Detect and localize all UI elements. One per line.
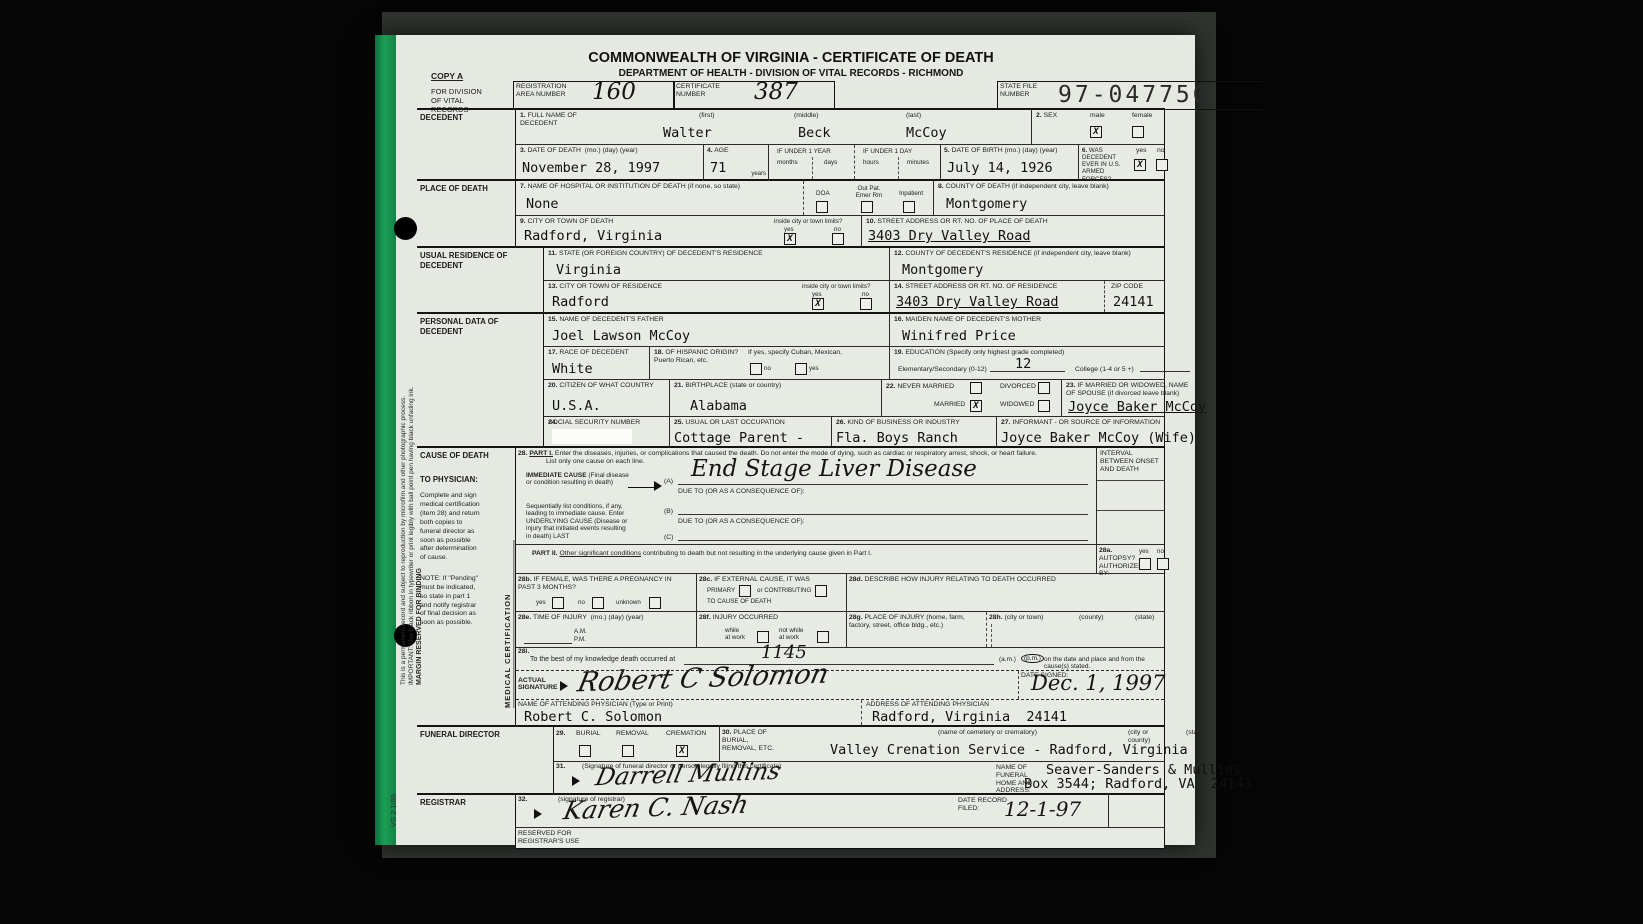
due-to-b-label: DUE TO (OR AS A CONSEQUENCE OF): <box>678 518 805 526</box>
place-of-burial-label: 30. PLACE OF BURIAL, REMOVAL, ETC. <box>722 729 777 752</box>
pregnancy-unknown-checkbox <box>649 597 661 609</box>
field-residence-city: 13. CITY OR TOWN OF RESIDENCE Radford in… <box>544 281 889 312</box>
never-married-label: 22. NEVER MARRIED <box>886 383 954 391</box>
divorced-checkbox <box>1038 382 1050 394</box>
blank-line <box>524 643 572 644</box>
interval-label: INTERVAL BETWEEN ONSET AND DEATH <box>1100 450 1162 473</box>
pregnancy-unknown-label: unknown <box>616 599 641 606</box>
registrar-sig-num: 32. <box>518 796 527 804</box>
section-place-of-death: PLACE OF DEATH 7. NAME OF HOSPITAL OR IN… <box>417 179 1165 246</box>
limits-no-checkbox <box>832 233 844 245</box>
injury-occurred-label: 28f. INJURY OCCURRED <box>699 614 778 622</box>
section-label-residence: USUAL RESIDENCE OF DECEDENT <box>417 248 543 312</box>
field-spouse: 23. IF MARRIED OR WIDOWED, NAME OF SPOUS… <box>1061 380 1164 416</box>
not-while-at-work-checkbox <box>817 631 829 643</box>
registrar-signature-value: Karen C. Nash <box>561 790 751 826</box>
race-label: 17. RACE OF DECEDENT <box>548 349 629 357</box>
inpatient-label: Inpatient <box>899 190 923 197</box>
am-label: A.M. <box>574 628 587 635</box>
field-mother-name: 16. MAIDEN NAME OF DECEDENT'S MOTHER Win… <box>889 314 1164 346</box>
divider <box>812 157 813 179</box>
section-personal-data: PERSONAL DATA OF DECEDENT 15. NAME OF DE… <box>417 312 1165 446</box>
to-physician-body: Complete and sign medical certification … <box>420 492 482 563</box>
residence-street-value: 3403 Dry Valley Road <box>896 294 1059 310</box>
hispanic-no-checkbox <box>750 363 762 375</box>
field-armed-forces: 6. WAS DECEDENT EVER IN U.S. ARMED FORCE… <box>1078 145 1164 179</box>
statement-text1: To the best of my knowledge death occurr… <box>530 656 675 664</box>
education-college-label: College (1-4 or 5 +) <box>1075 366 1134 374</box>
field-part2: PART II. Other significant conditions co… <box>516 545 1096 573</box>
date-of-death-label: 3. DATE OF DEATH (mo.) (day) (year) <box>520 147 690 155</box>
to-physician-title: TO PHYSICIAN: <box>420 475 513 485</box>
citizen-value: U.S.A. <box>552 398 601 414</box>
date-of-birth-label: 5. DATE OF BIRTH (mo.) (day) (year) <box>944 147 1074 155</box>
zip-value: 24141 <box>1113 294 1154 310</box>
industry-label: 26. KIND OF BUSINESS OR INDUSTRY <box>836 419 960 427</box>
statement-num: 28i. <box>518 648 529 656</box>
sex-label: 2. SEX <box>1036 112 1057 120</box>
immediate-cause-value: End Stage Liver Disease <box>691 456 977 482</box>
field-citizen: 20. CITIZEN OF WHAT COUNTRY U.S.A. <box>544 380 669 416</box>
removal-checkbox <box>622 745 634 757</box>
external-primary-checkbox <box>739 585 751 597</box>
field-full-name: 1. FULL NAME OF DECEDENT (first) (middle… <box>516 110 1031 144</box>
field-disposition: 29. BURIAL REMOVAL CREMATION X <box>554 727 719 761</box>
pregnancy-no-checkbox <box>592 597 604 609</box>
section-label-decedent: DECEDENT <box>417 110 515 179</box>
age-value: 71 <box>710 160 726 176</box>
hint-middle: (middle) <box>794 112 819 120</box>
inpatient-checkbox <box>903 201 915 213</box>
field-place-of-injury: 28g. PLACE OF INJURY (home, farm, factor… <box>846 612 986 647</box>
spouse-value: Joyce Baker McCoy <box>1068 399 1206 415</box>
widowed-label: WIDOWED <box>1000 401 1034 409</box>
under-day-hours-label: hours <box>863 159 879 166</box>
form-number: VS 2 1/89 <box>389 794 398 827</box>
field-actual-signature: ACTUAL SIGNATURE Robert C Solomon <box>516 671 1018 699</box>
county-of-death-label: 8. COUNTY OF DEATH (if independent city,… <box>938 183 1163 191</box>
under-year-label: IF UNDER 1 YEAR <box>777 148 831 155</box>
field-injury-location: 28h. (city or town) (county) (state) <box>986 612 1164 647</box>
mother-name-value: Winifred Price <box>902 328 1016 344</box>
physician-address-value: Radford, Virginia 24141 <box>872 709 1067 725</box>
injury-city-label: 28h. (city or town) <box>989 614 1043 622</box>
widowed-checkbox <box>1038 400 1050 412</box>
due-to-a-label: DUE TO (OR AS A CONSEQUENCE OF): <box>678 488 805 496</box>
name-last-value: McCoy <box>906 125 947 141</box>
field-education: 19. EDUCATION (Specify only highest grad… <box>889 347 1164 379</box>
institution-value: None <box>526 196 559 212</box>
occupation-label: 25. USUAL OR LAST OCCUPATION <box>674 419 785 427</box>
name-first-value: Walter <box>663 125 712 141</box>
line-c-label: (C) <box>664 534 673 542</box>
external-suffix-label: TO CAUSE OF DEATH <box>707 598 771 605</box>
field-date-signed: DATE SIGNED: Dec. 1, 1997 <box>1018 671 1164 699</box>
pm-label: P.M. <box>574 636 586 643</box>
registration-area-label: REGISTRATION AREA NUMBER <box>516 83 576 99</box>
section-label-funeral: FUNERAL DIRECTOR <box>417 727 553 793</box>
field-industry: 26. KIND OF BUSINESS OR INDUSTRY Fla. Bo… <box>831 417 996 446</box>
signature-arrow-icon <box>534 809 542 819</box>
funeral-home-address: Box 3544; Radford, VA 24143 <box>1024 776 1252 792</box>
field-registrar-signature: 32. (signature of registrar) Karen C. Na… <box>516 795 956 827</box>
section-label-personal-data: PERSONAL DATA OF DECEDENT <box>417 314 543 446</box>
field-residence-state: 11. STATE (OR FOREIGN COUNTRY) OF DECEDE… <box>544 248 889 280</box>
education-elementary-value: 12 <box>1015 356 1031 372</box>
citizen-label: 20. CITIZEN OF WHAT COUNTRY <box>548 382 654 390</box>
disposition-num: 29. <box>556 730 565 738</box>
ssn-redaction <box>552 429 632 444</box>
external-contributing-checkbox <box>815 585 827 597</box>
spouse-label: 23. IF MARRIED OR WIDOWED, NAME OF SPOUS… <box>1066 382 1196 398</box>
sequential-label: Sequentially list conditions, if any, le… <box>526 503 631 540</box>
field-ssn: SOCIAL SECURITY NUMBER 24. <box>544 417 669 446</box>
father-name-label: 15. NAME OF DECEDENT'S FATHER <box>548 316 664 324</box>
date-filed-value: 12-1-97 <box>1004 797 1081 821</box>
field-interval: INTERVAL BETWEEN ONSET AND DEATH <box>1096 448 1164 544</box>
certificate-number-label: CERTIFICATE NUMBER <box>676 83 731 99</box>
informant-label: 27. INFORMANT - OR SOURCE OF INFORMATION <box>1001 419 1160 427</box>
pregnancy-yes-checkbox <box>552 597 564 609</box>
married-label: MARRIED <box>934 401 965 409</box>
external-cause-label: 28c. IF EXTERNAL CAUSE, IT WAS <box>699 576 839 584</box>
name-middle-value: Beck <box>798 125 831 141</box>
education-elementary-label: Elementary/Secondary (0-12) <box>898 366 987 374</box>
registration-area-box: REGISTRATION AREA NUMBER 160 <box>513 81 675 110</box>
field-zip: ZIP CODE 24141 <box>1104 281 1164 312</box>
under-day-minutes-label: minutes <box>907 159 929 166</box>
how-injury-label: 28d. DESCRIBE HOW INJURY RELATING TO DEA… <box>849 576 1056 584</box>
industry-value: Fla. Boys Ranch <box>836 430 958 446</box>
blank-line <box>990 371 1065 372</box>
section-cause-of-death: CAUSE OF DEATH TO PHYSICIAN: Complete an… <box>417 446 1165 725</box>
residence-county-label: 12. COUNTY OF DECEDENT'S RESIDENCE (if i… <box>894 250 1131 258</box>
time-of-injury-label: 28e. TIME OF INJURY (mo.) (day) (year) <box>518 614 693 622</box>
punch-hole <box>394 217 417 240</box>
sex-female-label: female <box>1132 112 1152 120</box>
copy-label: COPY A <box>431 71 493 81</box>
pregnancy-yes-label: yes <box>536 599 546 606</box>
date-of-death-value: November 28, 1997 <box>522 160 660 176</box>
line-c-blank <box>678 526 1088 541</box>
field-institution: 7. NAME OF HOSPITAL OR INSTITUTION OF DE… <box>516 181 803 215</box>
burial-checkbox <box>579 745 591 757</box>
certificate-header: COMMONWEALTH OF VIRGINIA - CERTIFICATE O… <box>417 43 1165 108</box>
under-year-days-label: days <box>824 159 837 166</box>
field-birthplace: 21. BIRTHPLACE (state or country) Alabam… <box>669 380 881 416</box>
part2-text: PART II. Other significant conditions co… <box>532 550 1087 558</box>
doa-label: DOA <box>816 190 830 197</box>
cremation-checkbox: X <box>676 745 688 757</box>
birthplace-label: 21. BIRTHPLACE (state or country) <box>674 382 781 390</box>
external-primary-label: PRIMARY <box>707 587 735 594</box>
ssn-num: 24. <box>548 419 557 427</box>
divider <box>991 624 992 647</box>
date-of-birth-value: July 14, 1926 <box>947 160 1053 176</box>
director-signature-value: Darrell Mullins <box>593 757 783 792</box>
injury-state-label: (state) <box>1135 614 1154 622</box>
statement-pm-circled: (p.m.) <box>1021 654 1044 663</box>
section-registrar: REGISTRAR 32. (signature of registrar) K… <box>417 793 1165 849</box>
armed-forces-yes-checkbox: X <box>1134 159 1146 171</box>
outpatient-label: Out Pat.Emer Rm <box>854 185 884 199</box>
certificate-number-box: CERTIFICATE NUMBER 387 <box>673 81 835 110</box>
field-age: 4. AGE 71 years <box>703 145 768 179</box>
margin-important-line2: This is a permanent record and subject t… <box>400 265 408 685</box>
field-race: 17. RACE OF DECEDENT White <box>544 347 649 379</box>
residence-city-value: Radford <box>552 294 609 310</box>
limits-label: inside city or town limits? <box>774 218 842 225</box>
place-of-burial-value: Valley Crenation Service - Radford, Virg… <box>830 742 1188 758</box>
autopsy-no-checkbox <box>1157 558 1169 570</box>
pregnancy-no-label: no <box>578 599 585 606</box>
state-hint: (state) <box>1186 729 1205 737</box>
field-date-of-birth: 5. DATE OF BIRTH (mo.) (day) (year) July… <box>940 145 1078 179</box>
burial-label: BURIAL <box>576 730 601 738</box>
informant-value: Joyce Baker McCoy (Wife) <box>1001 430 1196 446</box>
residence-county-value: Montgomery <box>902 262 983 278</box>
scanned-photo: This is a permanent record and subject t… <box>0 0 1643 924</box>
physician-address-label: ADDRESS OF ATTENDING PHYSICIAN <box>866 701 989 709</box>
education-label: 19. EDUCATION (Specify only highest grad… <box>894 349 1064 357</box>
certificate-title: COMMONWEALTH OF VIRGINIA - CERTIFICATE O… <box>417 50 1165 66</box>
armed-forces-yes-label: yes <box>1136 147 1147 155</box>
city-of-death-label: 9. CITY OR TOWN OF DEATH <box>520 218 613 226</box>
field-date-filed: DATE RECORD FILED: 12-1-97 <box>956 795 1108 827</box>
signature-arrow-icon <box>560 681 568 691</box>
date-signed-value: Dec. 1, 1997 <box>1031 671 1166 695</box>
armed-forces-no-label: no <box>1157 147 1165 155</box>
binding-green-strip <box>375 35 396 845</box>
physician-name-value: Robert C. Solomon <box>524 709 662 725</box>
race-value: White <box>552 361 593 377</box>
hint-first: (first) <box>699 112 714 120</box>
field-occupation: 25. USUAL OR LAST OCCUPATION Cottage Par… <box>669 417 831 446</box>
divider <box>1097 510 1164 511</box>
city-of-death-value: Radford, Virginia <box>524 228 662 244</box>
field-part1: 28. PART I. Enter the diseases, injuries… <box>516 448 1096 544</box>
birthplace-value: Alabama <box>690 398 747 414</box>
cemetery-hint: (name of cemetery or crematory) <box>938 729 1037 737</box>
residence-limits-yes-checkbox: X <box>812 298 824 310</box>
residence-limits-label: inside city or town limits? <box>802 283 870 290</box>
field-registrar-blank <box>1108 795 1164 827</box>
line-b-label: (B) <box>664 508 673 516</box>
field-city-of-death: 9. CITY OR TOWN OF DEATH Radford, Virgin… <box>516 216 861 246</box>
father-name-value: Joel Lawson McCoy <box>552 328 690 344</box>
while-at-work-label: whileat work <box>725 627 745 641</box>
married-checkbox: X <box>970 400 982 412</box>
outpatient-checkbox <box>861 201 873 213</box>
field-residence-street: 14. STREET ADDRESS OR RT. NO. OF RESIDEN… <box>889 281 1104 312</box>
hispanic-yes-checkbox <box>795 363 807 375</box>
divider <box>1097 480 1164 481</box>
cause-title: CAUSE OF DEATH <box>420 451 513 461</box>
field-director-signature: 31. (Signature of funeral director or pe… <box>554 762 994 793</box>
line-b-blank <box>678 498 1088 515</box>
sex-female-checkbox <box>1132 126 1144 138</box>
cremation-label: CREMATION <box>666 730 706 738</box>
field-marital-status: 22. NEVER MARRIED DIVORCED MARRIED X WID… <box>881 380 1061 416</box>
signature-arrow-icon <box>572 776 580 786</box>
residence-limits-no-checkbox <box>860 298 872 310</box>
autopsy-yes-label: yes <box>1139 548 1149 555</box>
section-decedent: DECEDENT 1. FULL NAME OF DECEDENT (first… <box>417 108 1165 179</box>
hispanic-yes-label: yes <box>809 365 819 372</box>
registration-area-value: 160 <box>592 79 636 105</box>
armed-forces-no-checkbox <box>1156 159 1168 171</box>
under-year-months-label: months <box>777 159 798 166</box>
occupation-value: Cottage Parent - <box>674 430 804 446</box>
field-autopsy: 28a. AUTOPSY?AUTHORIZED BY: yes no <box>1096 545 1164 573</box>
field-hispanic-origin: 18. OF HISPANIC ORIGIN?Puerto Rican, etc… <box>649 347 889 379</box>
blank-line <box>1140 371 1190 372</box>
sex-male-checkbox: X <box>1090 126 1102 138</box>
institution-label: 7. NAME OF HOSPITAL OR INSTITUTION OF DE… <box>520 183 790 191</box>
field-informant: 27. INFORMANT - OR SOURCE OF INFORMATION… <box>996 417 1164 446</box>
autopsy-yes-checkbox <box>1139 558 1151 570</box>
divorced-label: DIVORCED <box>1000 383 1036 391</box>
field-sex: 2. SEX male female X <box>1031 110 1164 144</box>
hispanic-hint: If yes, specify Cuban, Mexican, <box>748 349 842 357</box>
field-funeral-home: NAME OF FUNERAL HOME AND ADDRESS: Seaver… <box>994 762 1164 793</box>
certificate-number-value: 387 <box>754 79 798 105</box>
divider <box>898 157 899 179</box>
limits-yes-checkbox: X <box>784 233 796 245</box>
field-father-name: 15. NAME OF DECEDENT'S FATHER Joel Lawso… <box>544 314 889 346</box>
hispanic-label: 18. OF HISPANIC ORIGIN?Puerto Rican, etc… <box>654 349 739 365</box>
director-sig-num: 31. <box>556 763 565 771</box>
street-of-death-value: 3403 Dry Valley Road <box>868 228 1031 244</box>
field-street-of-death: 10. STREET ADDRESS OR RT. NO. OF PLACE O… <box>861 216 1164 246</box>
field-physician-address: ADDRESS OF ATTENDING PHYSICIAN Radford, … <box>861 700 1164 725</box>
immediate-cause-label: IMMEDIATE CAUSE (Final disease or condit… <box>526 472 631 486</box>
armed-forces-label: 6. WAS DECEDENT EVER IN U.S. ARMED FORCE… <box>1082 147 1134 183</box>
section-label-place-of-death: PLACE OF DEATH <box>417 181 515 246</box>
doa-checkbox <box>816 201 828 213</box>
section-funeral-director: FUNERAL DIRECTOR 29. BURIAL REMOVAL CREM… <box>417 725 1165 793</box>
injury-county-label: (county) <box>1079 614 1104 622</box>
state-file-box: STATE FILE NUMBER 97-047750 <box>997 81 1262 110</box>
residence-state-value: Virginia <box>556 262 621 278</box>
statement-am: (a.m.) <box>999 656 1016 663</box>
line-a-label: (A) <box>664 478 673 486</box>
field-if-under-1-day: IF UNDER 1 DAY hours minutes <box>854 145 940 179</box>
sex-male-label: male <box>1090 112 1105 120</box>
zip-label: ZIP CODE <box>1111 283 1143 291</box>
certificate-form: DECEDENT 1. FULL NAME OF DECEDENT (first… <box>417 108 1165 849</box>
physician-name-label: NAME OF ATTENDING PHYSICIAN (Type or Pri… <box>518 701 673 709</box>
state-file-label: STATE FILE NUMBER <box>1000 83 1042 99</box>
section-label-cause: CAUSE OF DEATH TO PHYSICIAN: Complete an… <box>417 448 515 725</box>
residence-city-label: 13. CITY OR TOWN OF RESIDENCE <box>548 283 662 291</box>
place-of-injury-label: 28g. PLACE OF INJURY (home, farm, factor… <box>849 614 979 630</box>
field-if-under-1-year: IF UNDER 1 YEAR months days <box>768 145 854 179</box>
actual-signature-label: ACTUAL SIGNATURE <box>518 677 558 691</box>
field-pregnancy: 28b. IF FEMALE, WAS THERE A PREGNANCY IN… <box>516 574 696 611</box>
hint-last: (last) <box>906 112 921 120</box>
certificate-subtitle: DEPARTMENT OF HEALTH - DIVISION OF VITAL… <box>417 68 1165 79</box>
medical-certification-vertical-label: MEDICAL CERTIFICATION <box>503 540 514 708</box>
age-unit-label: years <box>751 171 766 178</box>
field-death-location-type: DOA Out Pat.Emer Rm Inpatient <box>803 181 933 215</box>
field-reserved: RESERVED FOR REGISTRAR'S USE <box>516 828 1164 848</box>
pending-note: NOTE: If "Pending" must be indicated, so… <box>420 575 482 628</box>
street-of-death-label: 10. STREET ADDRESS OR RT. NO. OF PLACE O… <box>866 218 1048 226</box>
autopsy-no-label: no <box>1157 548 1164 555</box>
under-day-label: IF UNDER 1 DAY <box>863 148 912 155</box>
section-label-registrar: REGISTRAR <box>417 795 515 849</box>
full-name-label: 1. FULL NAME OF DECEDENT <box>520 112 590 128</box>
ssn-label: SOCIAL SECURITY NUMBER <box>548 419 640 427</box>
mother-name-label: 16. MAIDEN NAME OF DECEDENT'S MOTHER <box>894 316 1041 324</box>
field-external-cause: 28c. IF EXTERNAL CAUSE, IT WAS PRIMARY o… <box>696 574 846 611</box>
residence-street-label: 14. STREET ADDRESS OR RT. NO. OF RESIDEN… <box>894 283 1057 291</box>
pregnancy-label: 28b. IF FEMALE, WAS THERE A PREGNANCY IN… <box>518 576 678 592</box>
field-time-of-injury: 28e. TIME OF INJURY (mo.) (day) (year) A… <box>516 612 696 647</box>
field-physician-name: NAME OF ATTENDING PHYSICIAN (Type or Pri… <box>516 700 861 725</box>
field-county-of-death: 8. COUNTY OF DEATH (if independent city,… <box>933 181 1164 215</box>
statement-text2: on the date and place and from the cause… <box>1044 656 1164 671</box>
field-place-of-burial: 30. PLACE OF BURIAL, REMOVAL, ETC. (name… <box>719 727 1164 761</box>
removal-label: REMOVAL <box>616 730 649 738</box>
arrow-right-icon <box>628 478 662 496</box>
residence-state-label: 11. STATE (OR FOREIGN COUNTRY) OF DECEDE… <box>548 250 763 258</box>
reserved-label: RESERVED FOR REGISTRAR'S USE <box>518 830 588 846</box>
field-how-injury: 28d. DESCRIBE HOW INJURY RELATING TO DEA… <box>846 574 1164 611</box>
section-residence: USUAL RESIDENCE OF DECEDENT 11. STATE (O… <box>417 246 1165 312</box>
not-while-at-work-label: not whileat work <box>779 627 803 641</box>
age-label: 4. AGE <box>707 147 729 155</box>
field-residence-county: 12. COUNTY OF DECEDENT'S RESIDENCE (if i… <box>889 248 1164 280</box>
county-of-death-value: Montgomery <box>946 196 1027 212</box>
never-married-checkbox <box>970 382 982 394</box>
state-file-value: 97-047750 <box>1058 82 1210 108</box>
field-date-of-death: 3. DATE OF DEATH (mo.) (day) (year) Nove… <box>516 145 703 179</box>
death-certificate-paper: This is a permanent record and subject t… <box>375 35 1195 845</box>
hispanic-no-label: no <box>764 365 771 372</box>
external-contributing-label: or CONTRIBUTING <box>757 587 811 594</box>
